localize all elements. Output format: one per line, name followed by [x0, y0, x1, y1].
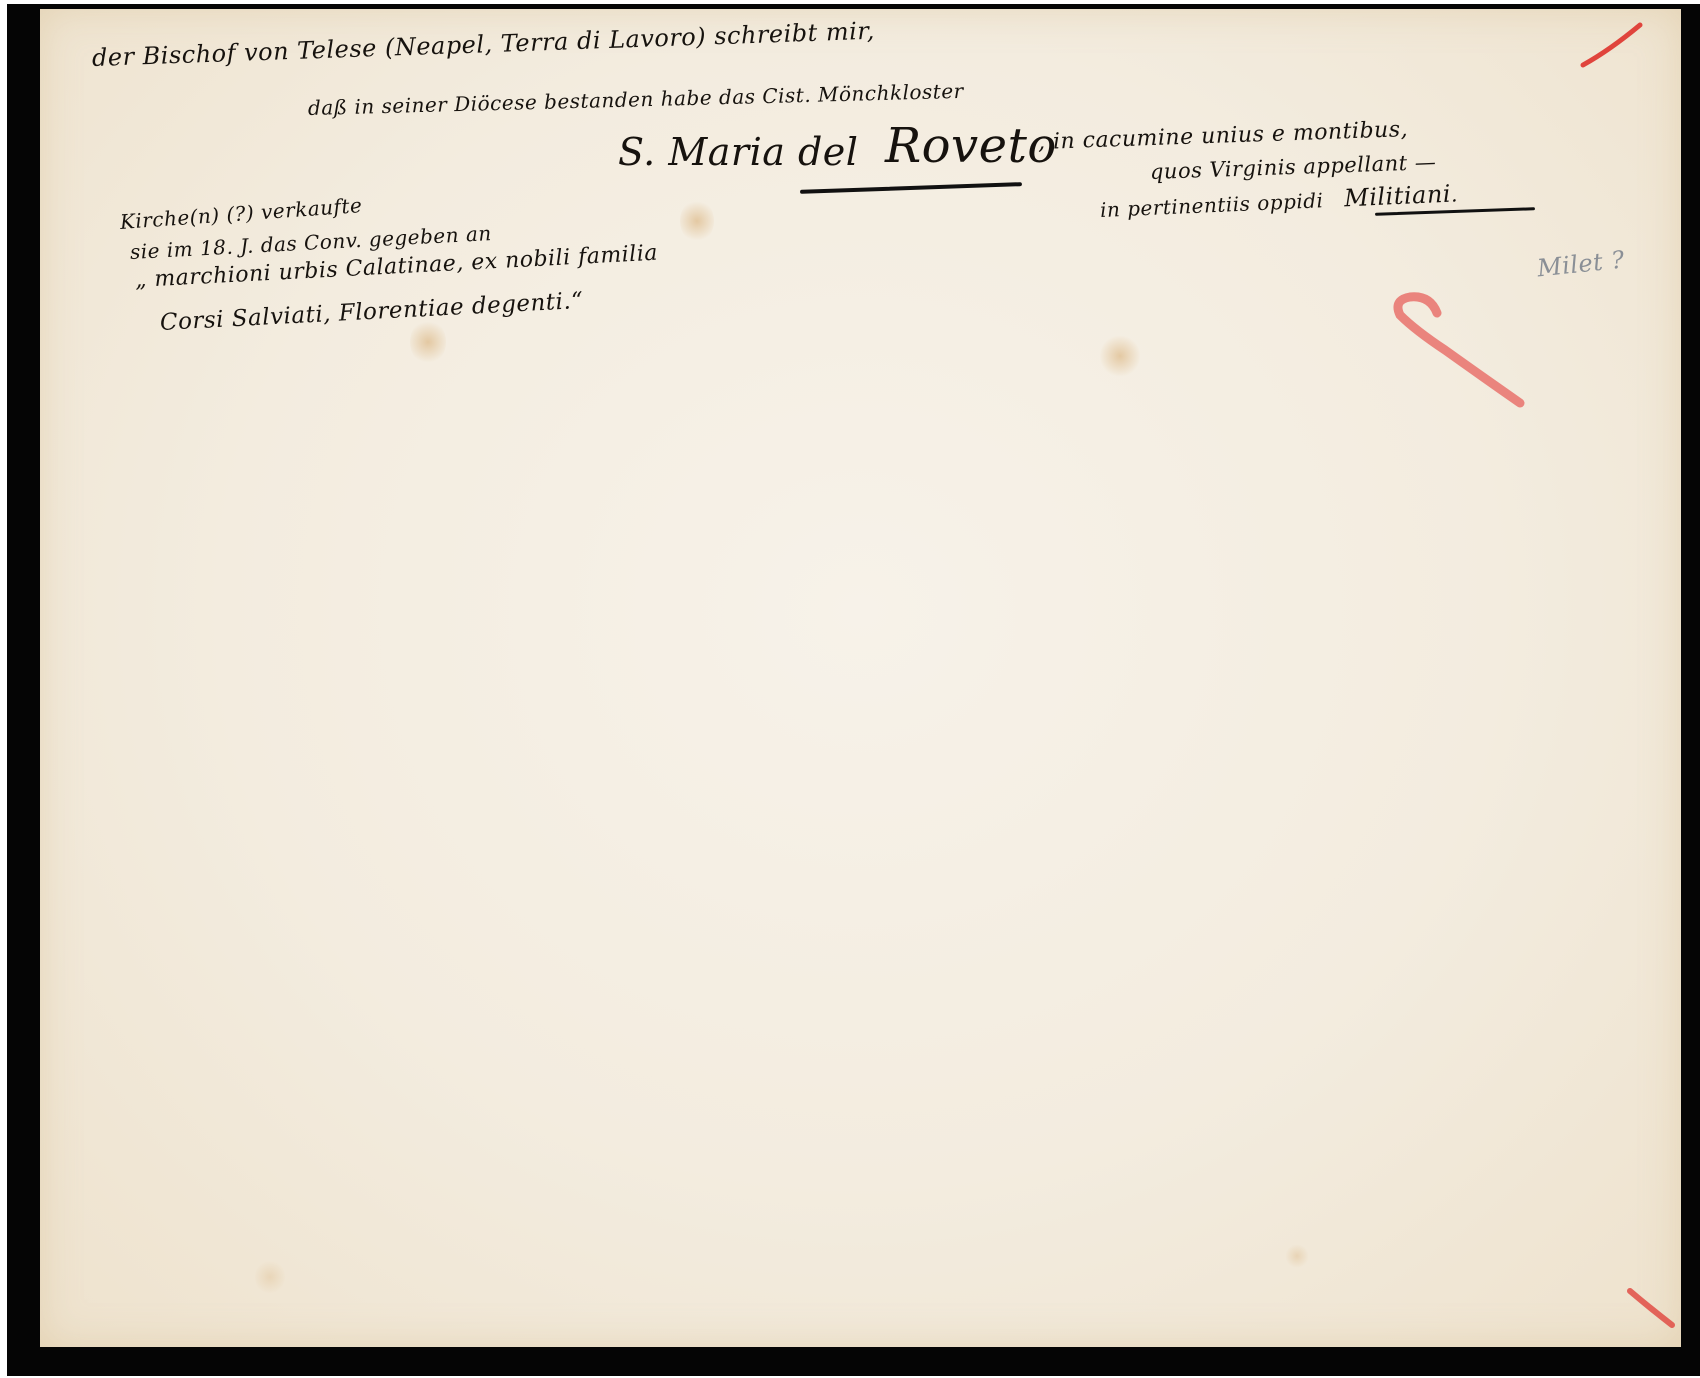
militiani: Militiani [1344, 180, 1452, 213]
stain [1100, 334, 1140, 378]
red-stroke-bottom-right-icon [1622, 1283, 1682, 1333]
red-hook-mark-icon [1385, 285, 1545, 415]
stain [1285, 1244, 1309, 1268]
stain [410, 319, 446, 365]
stain [680, 199, 714, 243]
title-santa-maria: S. Maria del [618, 130, 858, 174]
red-stroke-top-right-icon [1575, 15, 1655, 75]
text-line-5-suffix: . [1450, 182, 1458, 206]
title-roveto: Roveto [885, 118, 1057, 174]
stain [255, 1259, 285, 1295]
